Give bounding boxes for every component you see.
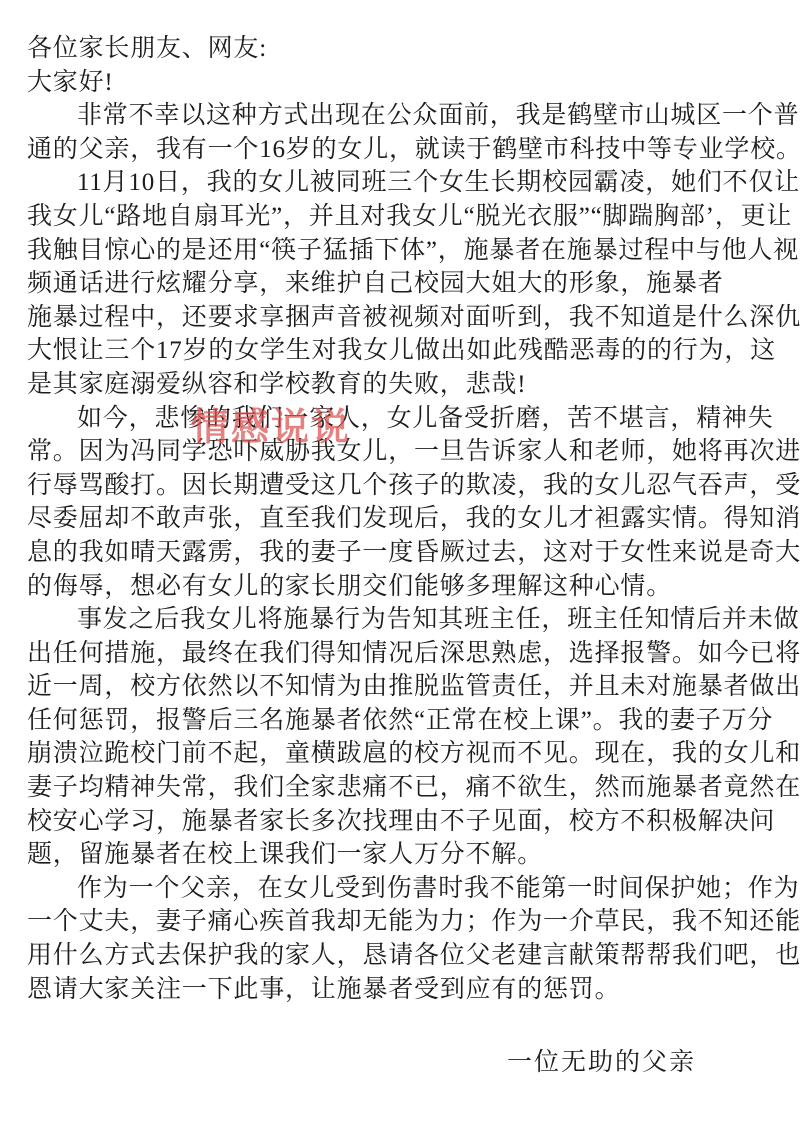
letter-line: 11月10日，我的女儿被同班三个女生长期校园霸凌，她们不仅让 — [27, 166, 774, 200]
letter-body: 各位家长朋友、网友: 大家好! 非常不幸以这种方式出现在公众面前，我是鹤壁市山城… — [27, 32, 774, 1080]
paragraph: 非常不幸以这种方式出现在公众面前，我是鹤壁市山城区一个普 通的父亲，我有一个16… — [27, 99, 774, 166]
letter-line: 施暴过程中，还要求享捆声音被视频对面听到，我不知道是什么深仇 — [27, 301, 774, 335]
letter-page: 各位家长朋友、网友: 大家好! 非常不幸以这种方式出现在公众面前，我是鹤壁市山城… — [0, 0, 800, 1135]
paragraph: 11月10日，我的女儿被同班三个女生长期校园霸凌，她们不仅让 我女儿“路地自扇耳… — [27, 166, 774, 401]
letter-line: 出任何措施，最终在我们得知情况后深思熟虑，选择报警。如今已将 — [27, 637, 774, 671]
paragraph: 如今，悲惨的我们一家人，女儿备受折磨，苦不堪言，精神失 常。因为冯同学恐吓威胁我… — [27, 402, 774, 604]
letter-line: 近一周，校方依然以不知情为由推脱监管责任，并且未对施暴者做出 — [27, 670, 774, 704]
letter-line: 息的我如晴天露雳，我的妻子一度昏厥过去，这对于女性来说是奇大 — [27, 536, 774, 570]
letter-line: 作为一个父亲，在女儿受到伤書时我不能第一时间保护她；作为 — [27, 872, 774, 906]
letter-line: 是其家庭溺爱纵容和学校教育的失败，悲哉! — [27, 368, 774, 402]
letter-line: 尽委屈却不敢声张，直至我们发现后，我的女儿才袒露实情。得知消 — [27, 502, 774, 536]
letter-line: 用什么方式去保护我的家人，恳请各位父老建言献策帮帮我们吧，也 — [27, 939, 774, 973]
signature: 一位无助的父亲 — [27, 1046, 774, 1080]
letter-line: 题，留施暴者在校上课我们一家人万分不解。 — [27, 838, 774, 872]
letter-line: 大恨让三个17岁的女学生对我女儿做出如此残酷恶毒的的行为，这 — [27, 334, 774, 368]
letter-line: 事发之后我女儿将施暴行为告知其班主任，班主任知情后并未做 — [27, 603, 774, 637]
paragraph: 作为一个父亲，在女儿受到伤書时我不能第一时间保护她；作为 一个丈夫，妻子痛心疾首… — [27, 872, 774, 1006]
letter-line: 如今，悲惨的我们一家人，女儿备受折磨，苦不堪言，精神失 — [27, 402, 774, 436]
letter-line: 的侮辱，想必有女儿的家长朋交们能够多理解这种心情。 — [27, 570, 774, 604]
letter-line: 校安心学习，施暴者家长多次找理由不子见面，校方不积极解决问 — [27, 805, 774, 839]
letter-line: 非常不幸以这种方式出现在公众面前，我是鹤壁市山城区一个普 — [27, 99, 774, 133]
letter-line: 任何惩罚，报警后三名施暴者依然“正常在校上课”。我的妻子万分 — [27, 704, 774, 738]
greeting: 大家好! — [27, 66, 774, 100]
letter-line: 一个丈夫，妻子痛心疾首我却无能为力；作为一介草民，我不知还能 — [27, 905, 774, 939]
letter-line: 我女儿“路地自扇耳光”，并且对我女儿“脱光衣服”“脚踹胸部’，更让 — [27, 200, 774, 234]
letter-line: 行辱骂酸打。因长期遭受这几个孩子的欺凌，我的女儿忍气吞声，受 — [27, 469, 774, 503]
paragraph: 事发之后我女儿将施暴行为告知其班主任，班主任知情后并未做 出任何措施，最终在我们… — [27, 603, 774, 872]
letter-line: 频通话进行炫耀分享，来维护自己校园大姐大的形象，施暴者 — [27, 267, 774, 301]
salutation: 各位家长朋友、网友: — [27, 32, 774, 66]
letter-line: 常。因为冯同学恐吓威胁我女儿，一旦告诉家人和老师，她将再次进 — [27, 435, 774, 469]
letter-line: 崩溃泣跪校门前不起，童横跋扈的校方视而不见。现在，我的女儿和 — [27, 737, 774, 771]
letter-line: 妻子均精神失常，我们全家悲痛不已，痛不欲生，然而施暴者竟然在 — [27, 771, 774, 805]
letter-line: 通的父亲，我有一个16岁的女儿，就读于鹤壁市科技中等专业学校。 — [27, 133, 774, 167]
letter-line: 恩请大家关注一下此事，让施暴者受到应有的惩罚。 — [27, 973, 774, 1007]
letter-line: 我触目惊心的是还用“筷子猛插下体”，施暴者在施暴过程中与他人视 — [27, 234, 774, 268]
